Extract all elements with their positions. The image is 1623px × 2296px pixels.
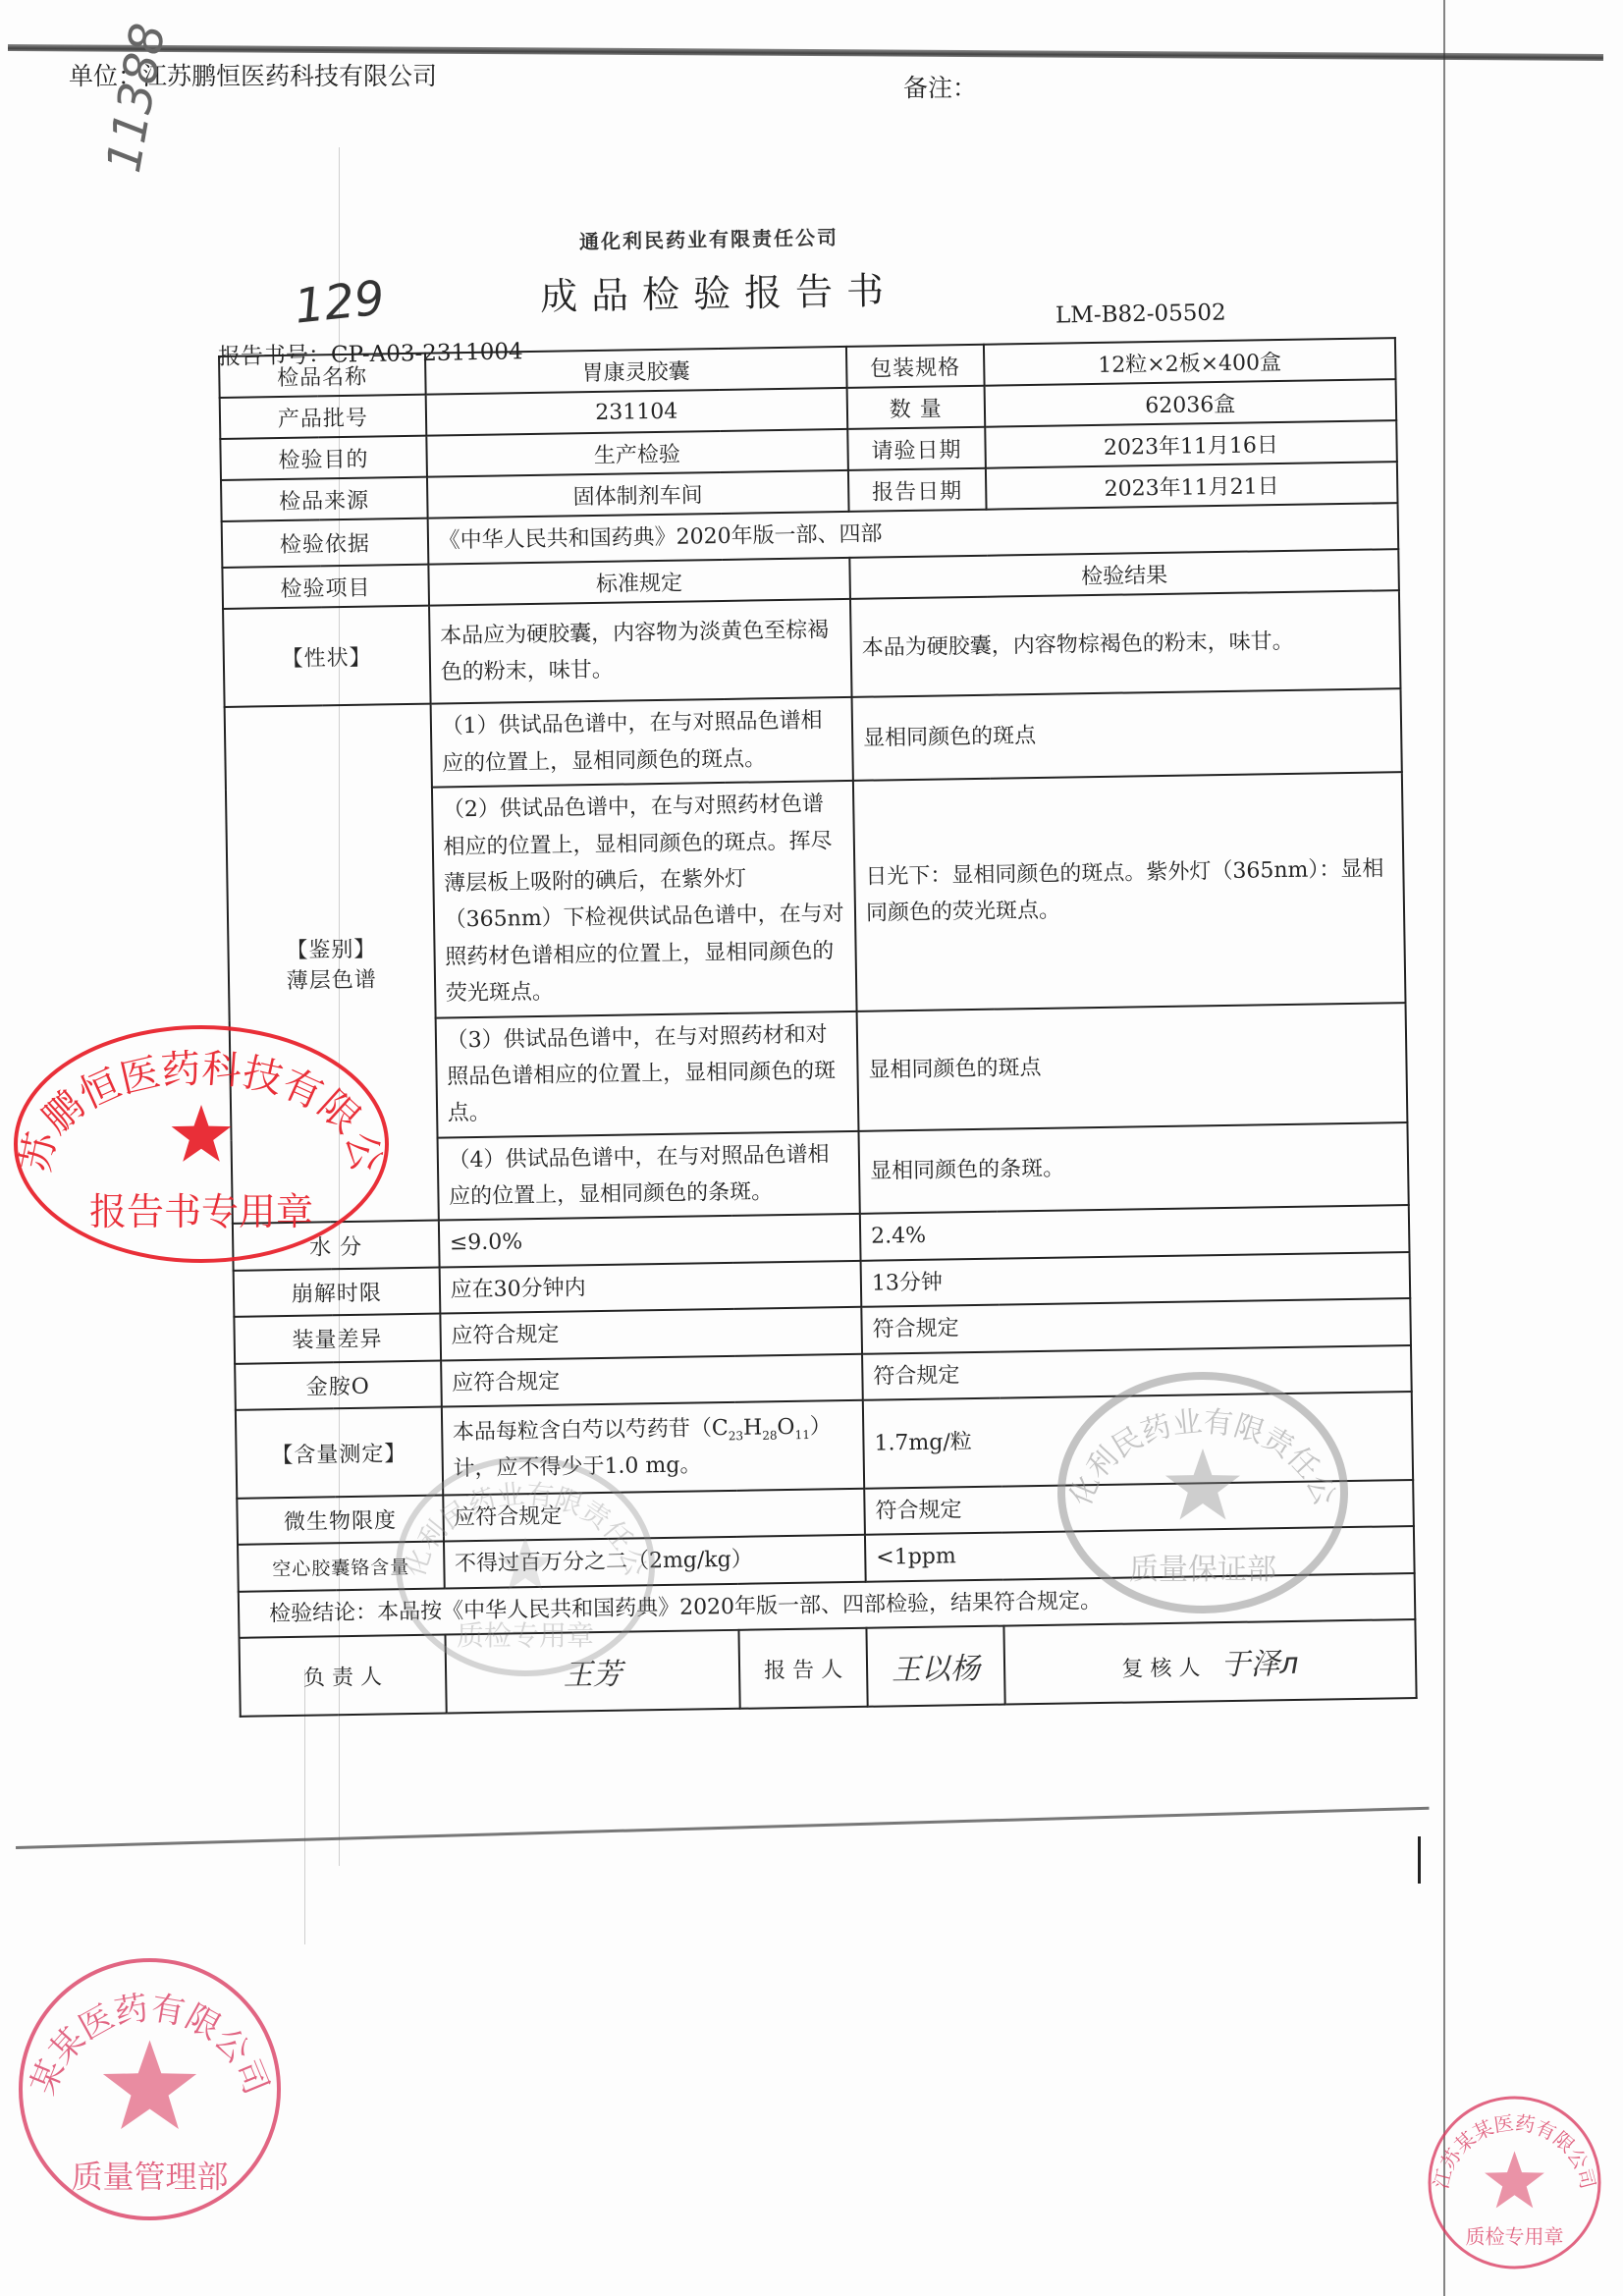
report-title: 成品检验报告书 <box>540 260 898 320</box>
reviewer-cell: 复 核 人 于泽л <box>1003 1619 1416 1705</box>
signature-text: 王以杨 <box>892 1652 981 1687</box>
test-result: 日光下：显相同颜色的斑点。紫外灯（365nm）：显相同颜色的荧光斑点。 <box>853 772 1406 1011</box>
package-spec-label: 包装规格 <box>846 345 984 388</box>
responsible-signature: 王芳 <box>445 1630 740 1714</box>
signature-text: 于泽л <box>1220 1647 1299 1682</box>
test-item: 水 分 <box>233 1221 439 1271</box>
test-standard: ≤9.0% <box>439 1214 861 1267</box>
purpose-label: 检验目的 <box>220 436 426 480</box>
assay-sub: 11 <box>795 1428 810 1442</box>
test-result: 显相同颜色的斑点 <box>857 1003 1408 1131</box>
report-date-label: 报告日期 <box>848 468 986 512</box>
assay-sub: 28 <box>762 1428 777 1442</box>
test-item: 【性状】 <box>223 606 430 707</box>
form-code: LM-B82-05502 <box>1055 300 1226 328</box>
product-name-label: 检品名称 <box>219 354 425 398</box>
purpose-value: 生产检验 <box>426 429 848 477</box>
responsible-label: 负 责 人 <box>240 1635 447 1717</box>
test-result: 显相同颜色的条斑。 <box>858 1122 1408 1215</box>
request-date-label: 请验日期 <box>847 427 985 470</box>
test-item: 装量差异 <box>234 1314 440 1364</box>
test-standard: 应符合规定 <box>443 1489 865 1542</box>
package-spec-value: 12粒×2板×400盒 <box>984 338 1396 386</box>
batch-value: 231104 <box>425 388 847 436</box>
test-standard: 不得过百万分之二（2mg/kg） <box>444 1535 866 1588</box>
reporter-signature: 王以杨 <box>866 1626 1004 1707</box>
assay-text: O <box>777 1415 794 1440</box>
test-item: 空心胶囊铬含量 <box>238 1542 444 1592</box>
page-right-edge <box>1443 0 1445 2296</box>
source-value: 固体制剂车间 <box>427 470 849 519</box>
test-standard-assay: 本品每粒含白芍以芍药苷（C23H28O11）计，应不得少于1.0 mg。 <box>441 1400 864 1496</box>
remark-label: 备注： <box>903 69 977 104</box>
test-item: 金胺O <box>235 1360 441 1410</box>
test-result: 1.7mg/粒 <box>863 1392 1413 1489</box>
reviewer-label: 复 核 人 <box>1121 1657 1200 1682</box>
assay-sub: 23 <box>729 1429 743 1443</box>
assay-text: H <box>743 1415 763 1440</box>
report-date-value: 2023年11月21日 <box>986 462 1398 510</box>
identification-label: 【鉴别】 <box>239 932 423 965</box>
test-item-identification: 【鉴别】 薄层色谱 <box>225 704 439 1224</box>
assay-text: 本品每粒含白芍以芍药苷（C <box>453 1416 729 1445</box>
identification-method: 薄层色谱 <box>240 962 424 996</box>
source-label: 检品来源 <box>221 477 427 521</box>
test-standard: （4）供试品色谱中，在与对照品色谱相应的位置上，显相同颜色的条斑。 <box>437 1131 860 1222</box>
test-standard: 应在30分钟内 <box>439 1261 861 1314</box>
table-row: 【性状】 本品应为硬胶囊，内容物为淡黄色至棕褐色的粉末，味甘。 本品为硬胶囊，内… <box>223 591 1400 708</box>
issuing-company: 通化利民药业有限责任公司 <box>579 222 839 255</box>
basis-label: 检验依据 <box>222 519 428 569</box>
test-result: 本品为硬胶囊，内容物棕褐色的粉末，味甘。 <box>850 591 1401 698</box>
quantity-label: 数 量 <box>847 386 985 429</box>
test-standard: （1）供试品色谱中，在与对照品色谱相应的位置上，显相同颜色的斑点。 <box>430 697 853 788</box>
product-name-value: 胃康灵胶囊 <box>425 347 847 395</box>
test-result: 显相同颜色的斑点 <box>852 689 1402 782</box>
test-standard: （3）供试品色谱中，在与对照药材和对照品色谱相应的位置上，显相同颜色的斑点。 <box>435 1011 858 1137</box>
test-standard: 应符合规定 <box>441 1353 863 1406</box>
handwritten-page-number: 129 <box>292 270 387 334</box>
signature-text: 王芳 <box>563 1658 622 1693</box>
column-header-standard: 标准规定 <box>428 558 850 606</box>
test-item: 微生物限度 <box>237 1496 443 1546</box>
scan-bottom-tick <box>1418 1836 1421 1884</box>
test-standard: （2）供试品色谱中，在与对照药材色谱相应的位置上，显相同颜色的斑点。挥尽薄层板上… <box>432 781 857 1017</box>
reporter-label: 报 告 人 <box>739 1628 868 1709</box>
test-item: 【含量测定】 <box>236 1407 443 1499</box>
test-item: 崩解时限 <box>234 1267 440 1317</box>
batch-label: 产品批号 <box>220 395 426 439</box>
test-standard: 应符合规定 <box>440 1307 862 1360</box>
inspection-report-table: 检品名称 胃康灵胶囊 包装规格 12粒×2板×400盒 产品批号 231104 … <box>218 337 1418 1718</box>
column-header-item: 检验项目 <box>222 565 428 609</box>
test-standard: 本品应为硬胶囊，内容物为淡黄色至棕褐色的粉末，味甘。 <box>429 599 852 704</box>
request-date-value: 2023年11月16日 <box>985 420 1397 468</box>
quantity-value: 62036盒 <box>984 379 1396 427</box>
